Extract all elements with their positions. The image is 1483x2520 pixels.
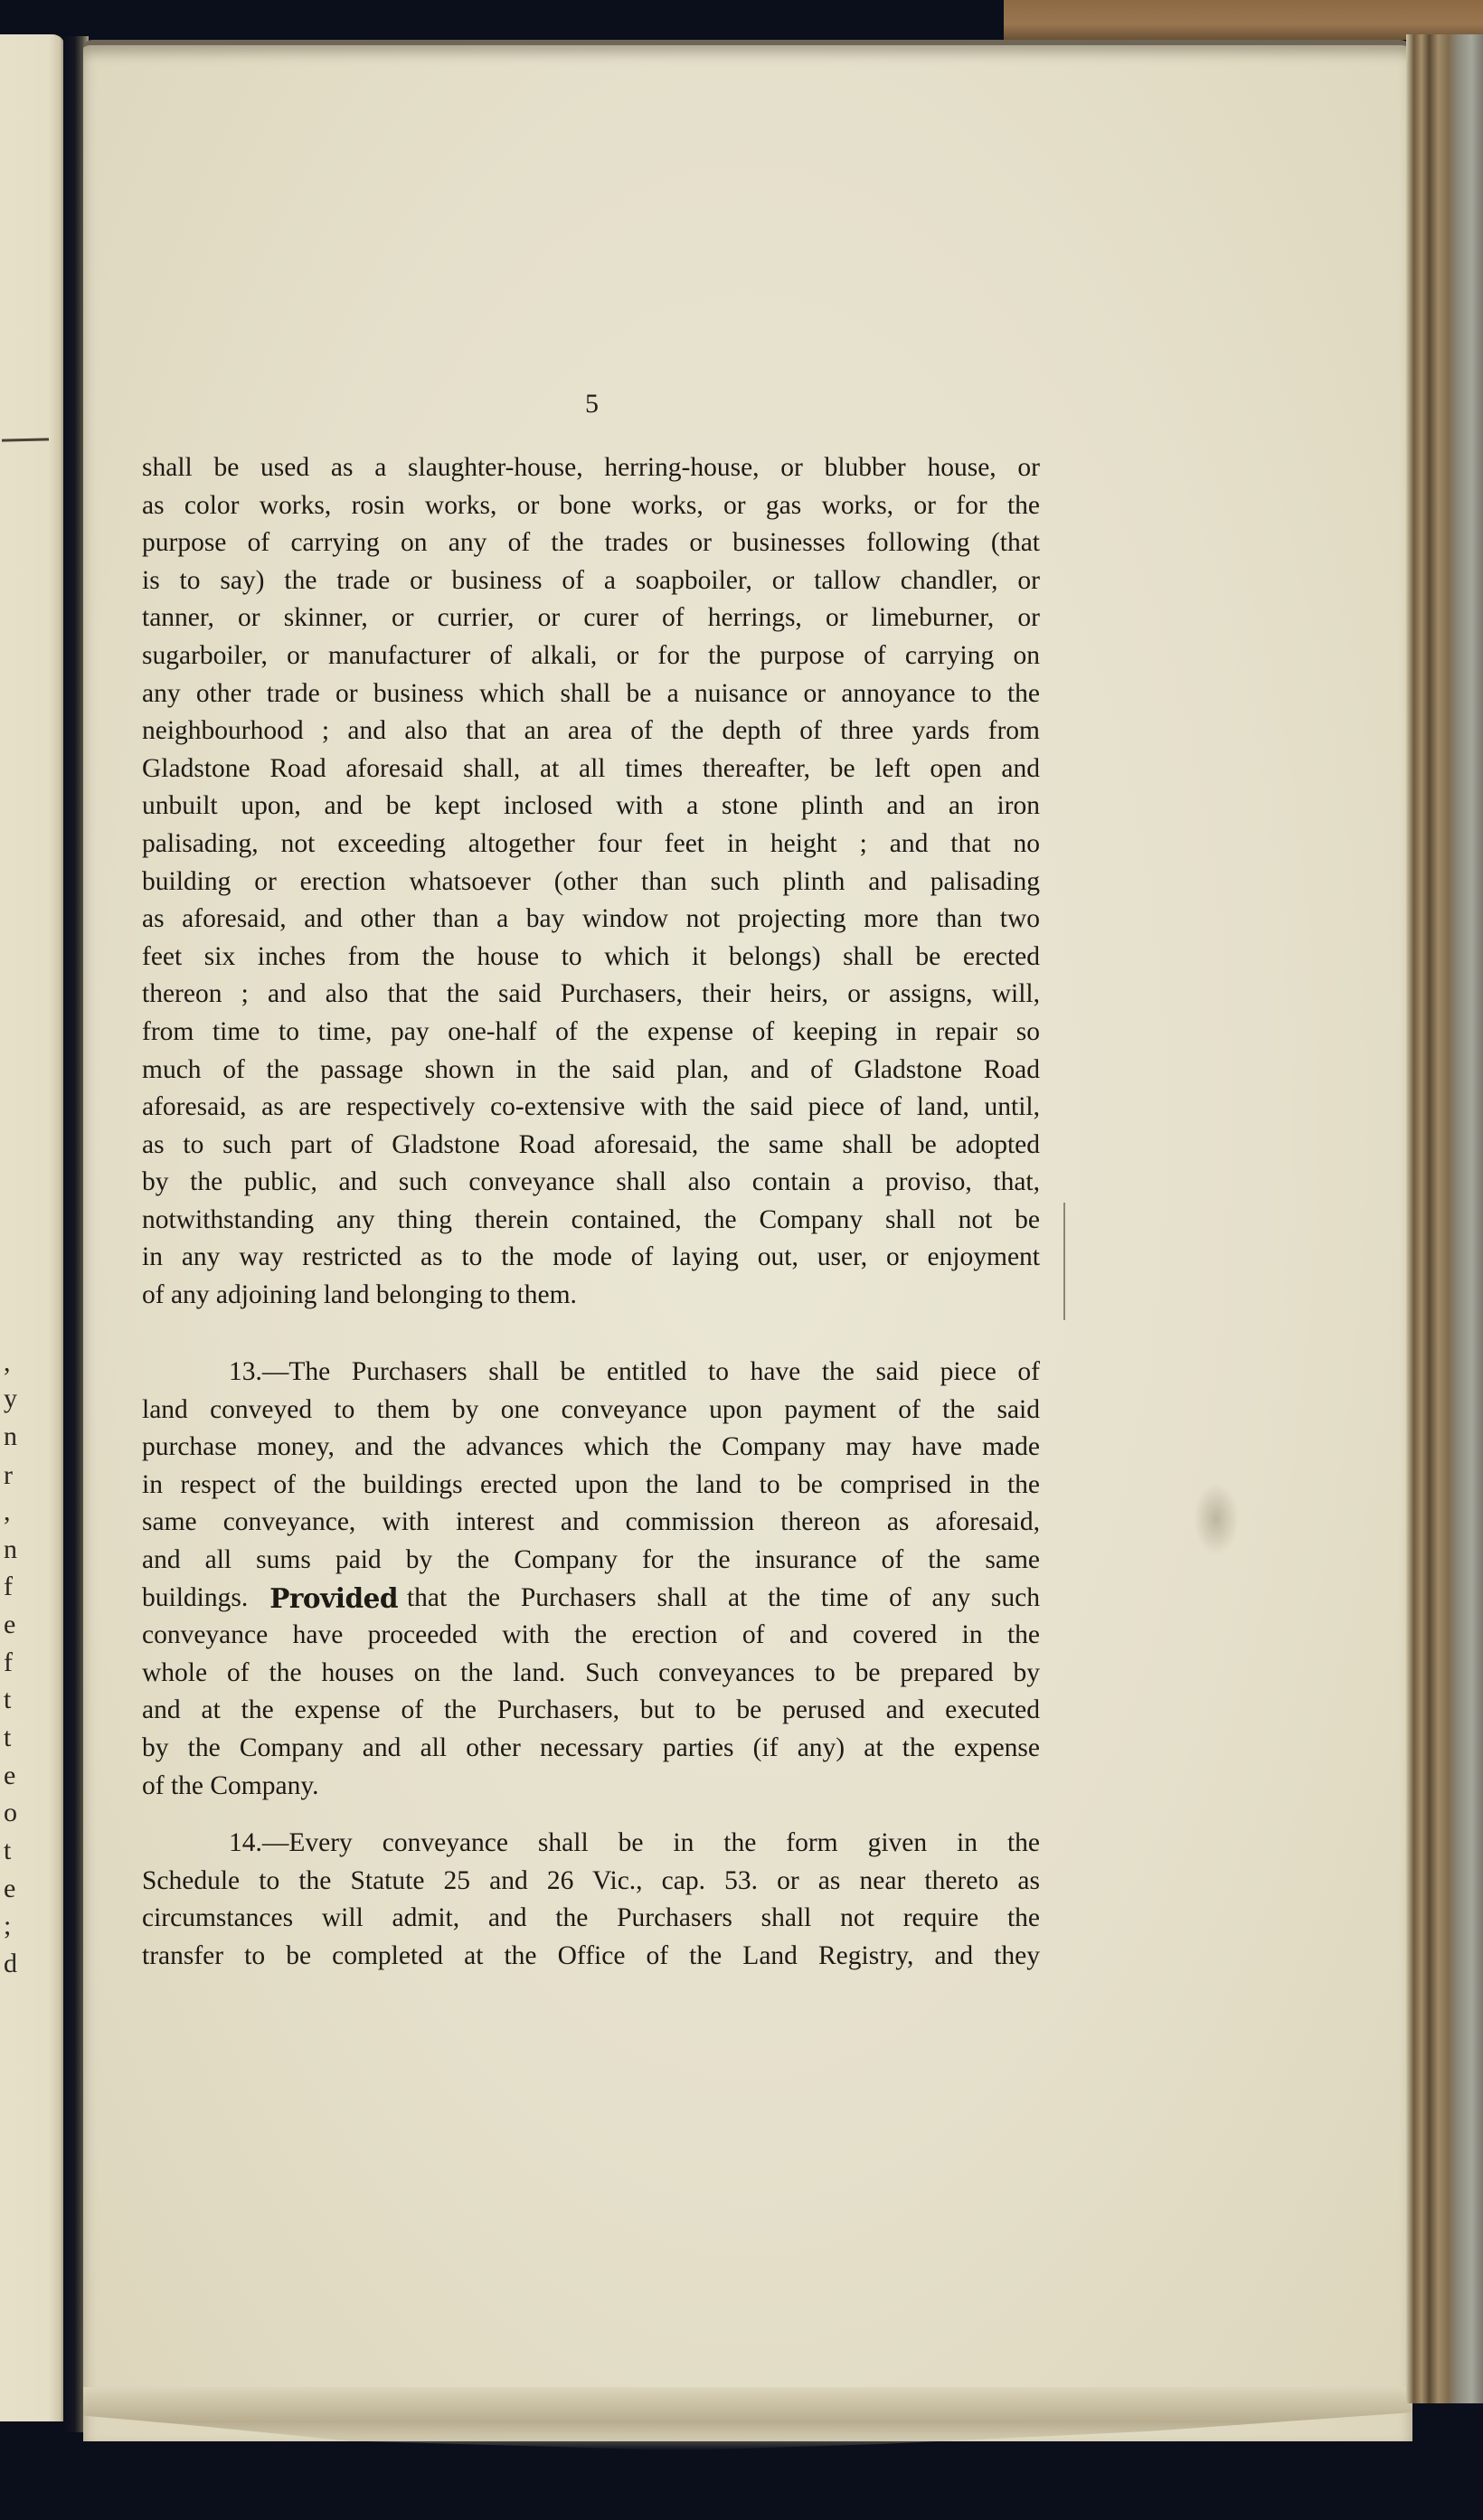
left-page-fragment: ,ynr,nfeftteote;d (0, 34, 65, 2421)
text-line: purchase money, and the advances which t… (142, 1429, 1040, 1467)
text-line: much of the passage shown in the said pl… (142, 1052, 1040, 1090)
text-line: conveyance have proceeded with the erect… (142, 1617, 1040, 1655)
text-line: tanner, or skinner, or currier, or curer… (142, 599, 1040, 637)
text-line: purpose of carrying on any of the trades… (142, 524, 1040, 562)
text-line: land conveyed to them by one conveyance … (142, 1392, 1040, 1430)
text-line: by the public, and such conveyance shall… (142, 1164, 1040, 1202)
left-page-glyph: t (4, 1837, 11, 1864)
text-line: of any adjoining land belonging to them. (142, 1277, 1040, 1315)
text-line: by the Company and all other necessary p… (142, 1730, 1040, 1768)
text-line: Gladstone Road aforesaid shall, at all t… (142, 750, 1040, 788)
left-page-glyph: e (4, 1875, 15, 1902)
left-page-glyph: t (4, 1686, 11, 1713)
text-line: feet six inches from the house to which … (142, 939, 1040, 977)
margin-mark (1063, 1203, 1065, 1320)
text-line: is to say) the trade or business of a so… (142, 562, 1040, 600)
paper-stain (1194, 1483, 1239, 1555)
text-line: as color works, rosin works, or bone wor… (142, 487, 1040, 525)
text-line: in respect of the buildings erected upon… (142, 1467, 1040, 1505)
text-line: and all sums paid by the Company for the… (142, 1542, 1040, 1580)
text-line: whole of the houses on the land. Such co… (142, 1655, 1040, 1693)
text-line: as to such part of Gladstone Road afores… (142, 1127, 1040, 1165)
text-line: of the Company. (142, 1768, 1040, 1806)
proviso-suffix: that the Purchasers shall at the time of… (407, 1580, 1040, 1618)
left-page-glyph: y (4, 1385, 17, 1412)
clause-13: 13.—The Purchasers shall be entitled to … (142, 1354, 1040, 1805)
left-page-glyph: , (4, 1349, 11, 1376)
text-line: unbuilt upon, and be kept inclosed with … (142, 788, 1040, 826)
text-line: same conveyance, with interest and commi… (142, 1504, 1040, 1542)
text-line: notwithstanding any thing therein contai… (142, 1202, 1040, 1240)
proviso-prefix: buildings. (142, 1580, 248, 1618)
text-line: circumstances will admit, and the Purcha… (142, 1900, 1040, 1938)
clause-14-first-line: 14.—Every conveyance shall be in the for… (142, 1825, 1040, 1863)
text-line: from time to time, pay one-half of the e… (142, 1014, 1040, 1052)
left-page-glyph: f (4, 1649, 13, 1676)
left-page-glyph: o (4, 1799, 17, 1826)
text-line: as aforesaid, and other than a bay windo… (142, 901, 1040, 939)
page-edges-stack (1406, 34, 1483, 2403)
page-number: 5 (585, 389, 599, 420)
left-page-glyph: ; (4, 1912, 11, 1940)
text-line: sugarboiler, or manufacturer of alkali, … (142, 637, 1040, 675)
left-page-glyph: d (4, 1950, 17, 1977)
text-line: Schedule to the Statute 25 and 26 Vic., … (142, 1863, 1040, 1901)
text-line: thereon ; and also that the said Purchas… (142, 976, 1040, 1014)
proviso-blackletter-word: Provided (269, 1580, 398, 1618)
text-line: neighbourhood ; and also that an area of… (142, 713, 1040, 750)
left-page-glyph: e (4, 1611, 15, 1638)
left-page-glyph: f (4, 1573, 13, 1600)
text-line: and at the expense of the Purchasers, bu… (142, 1692, 1040, 1730)
text-line: transfer to be completed at the Office o… (142, 1938, 1040, 1976)
text-line: shall be used as a slaughter-house, herr… (142, 449, 1040, 487)
text-line: in any way restricted as to the mode of … (142, 1239, 1040, 1277)
proviso-line: buildings. Provided that the Purchasers … (142, 1580, 1040, 1618)
clause-14: 14.—Every conveyance shall be in the for… (142, 1825, 1040, 1975)
left-page-glyph: n (4, 1423, 17, 1450)
text-line: palisading, not exceeding altogether fou… (142, 826, 1040, 864)
continued-paragraph: shall be used as a slaughter-house, herr… (142, 449, 1040, 1315)
left-page-rule (2, 438, 49, 441)
left-page-glyph: e (4, 1762, 15, 1789)
left-page-glyph: r (4, 1462, 13, 1489)
left-page-glyph: t (4, 1724, 11, 1751)
left-page-glyph: , (4, 1498, 11, 1525)
text-line: any other trade or business which shall … (142, 675, 1040, 713)
text-line: aforesaid, as are respectively co-extens… (142, 1089, 1040, 1127)
clause-13-first-line: 13.—The Purchasers shall be entitled to … (142, 1354, 1040, 1392)
text-line: building or erection whatsoever (other t… (142, 864, 1040, 901)
left-page-glyph: n (4, 1536, 17, 1563)
